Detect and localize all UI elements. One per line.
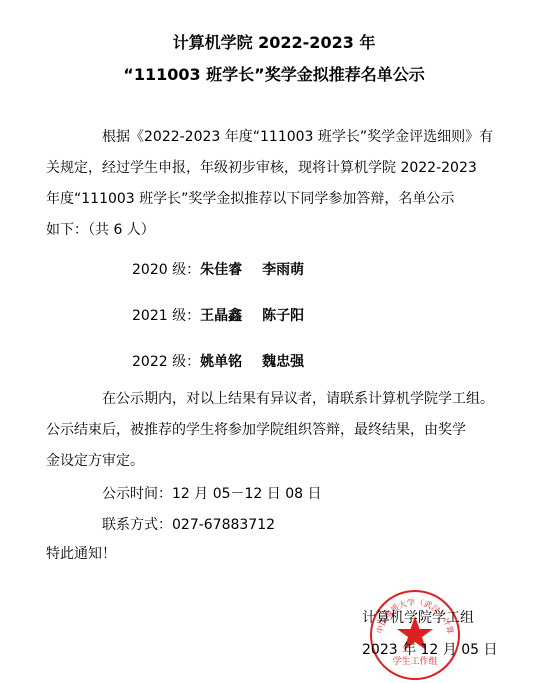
nominee-row: 2020 级：朱佳睿李雨萌 bbox=[132, 259, 304, 279]
nominee-name: 王晶鑫 bbox=[200, 308, 242, 324]
grade-label: 2021 级： bbox=[132, 308, 200, 324]
signature-date: 2023 年 12 月 05 日 bbox=[362, 639, 498, 659]
official-seal-icon: 中国地质大学（武汉）计算机学院 学生工作组 bbox=[368, 588, 462, 682]
intro-line-3: 年度“111003 班学长”奖学金拟推荐以下同学参加答辩，名单公示 bbox=[46, 188, 454, 208]
nominee-name: 陈子阳 bbox=[262, 308, 304, 324]
intro-line-1: 根据《2022-2023 年度“111003 班学长”奖学金评选细则》有 bbox=[102, 126, 493, 146]
notice-line-3: 金设定方审定。 bbox=[46, 450, 144, 470]
signature: 计算机学院学工组 bbox=[362, 607, 474, 627]
nominee-name: 姚单铭 bbox=[200, 354, 242, 370]
nominee-row: 2022 级：姚单铭魏忠强 bbox=[132, 351, 304, 371]
nominee-name: 魏忠强 bbox=[262, 354, 304, 370]
contact-info: 联系方式：027-67883712 bbox=[102, 514, 275, 534]
publicity-period: 公示时间：12 月 05－12 日 08 日 bbox=[102, 483, 322, 503]
nominee-name: 朱佳睿 bbox=[200, 262, 242, 278]
intro-line-2: 关规定，经过学生申报，年级初步审核，现将计算机学院 2022-2023 bbox=[46, 157, 477, 177]
title-line-2: “111003 班学长”奖学金拟推荐名单公示 bbox=[0, 62, 548, 85]
grade-label: 2020 级： bbox=[132, 262, 200, 278]
nominee-row: 2021 级：王晶鑫陈子阳 bbox=[132, 305, 304, 325]
grade-label: 2022 级： bbox=[132, 354, 200, 370]
notice-line-2: 公示结束后，被推荐的学生将参加学院组织答辩，最终结果，由奖学 bbox=[46, 419, 466, 439]
intro-line-4: 如下：（共 6 人） bbox=[46, 219, 155, 239]
closing-text: 特此通知！ bbox=[46, 543, 116, 563]
title-line-1: 计算机学院 2022-2023 年 bbox=[0, 30, 548, 53]
notice-line-1: 在公示期内，对以上结果有异议者，请联系计算机学院学工组。 bbox=[102, 388, 494, 408]
nominee-name: 李雨萌 bbox=[262, 262, 304, 278]
